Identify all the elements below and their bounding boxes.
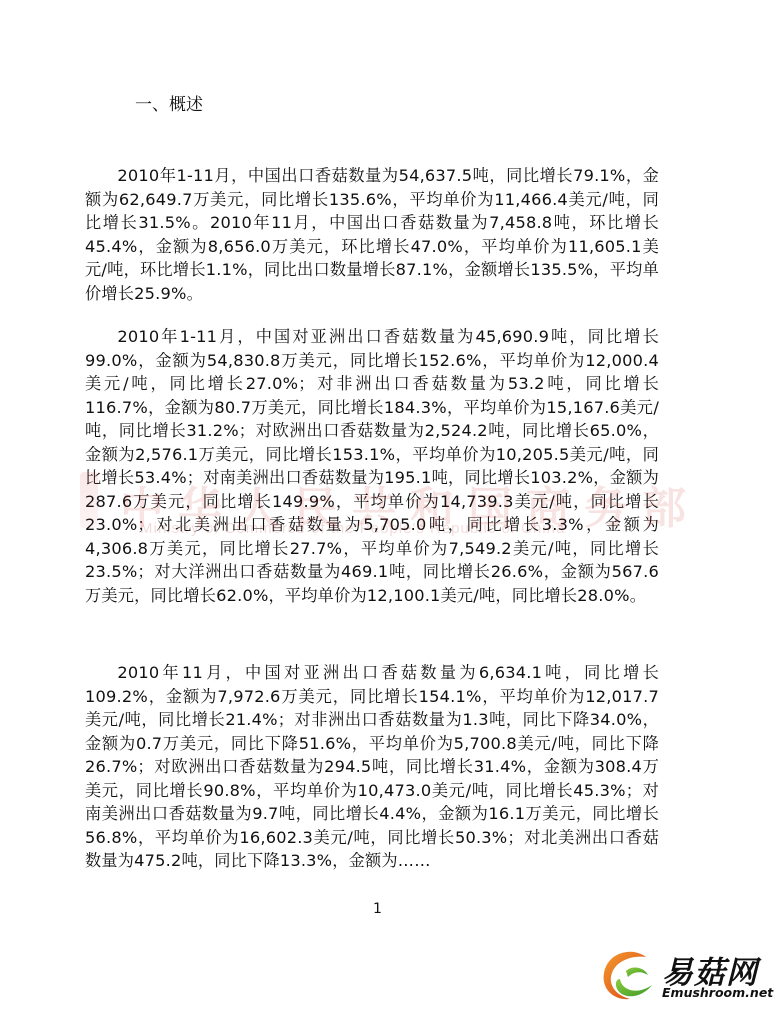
document-page: 一、概述 2010年1-11月，中国出口香菇数量为54,637.5吨，同比增长7… [0, 0, 782, 1012]
mushroom-swirl-logo-icon [600, 949, 658, 1001]
paragraph-overview: 2010年1-11月，中国出口香菇数量为54,637.5吨，同比增长79.1%，… [85, 164, 659, 305]
page-number: 1 [373, 901, 382, 917]
logo-text-en: Emushroom.net [662, 985, 773, 1000]
paragraph-regional-nov: 2010年11月，中国对亚洲出口香菇数量为6,634.1吨，同比增长109.2%… [85, 661, 659, 920]
paragraph-regional-jan-nov: 2010年1-11月，中国对亚洲出口香菇数量为45,690.9吨，同比增长99.… [85, 325, 659, 608]
section-heading: 一、概述 [135, 93, 203, 117]
emushroom-logo: 易菇网 Emushroom.net [600, 945, 775, 1005]
